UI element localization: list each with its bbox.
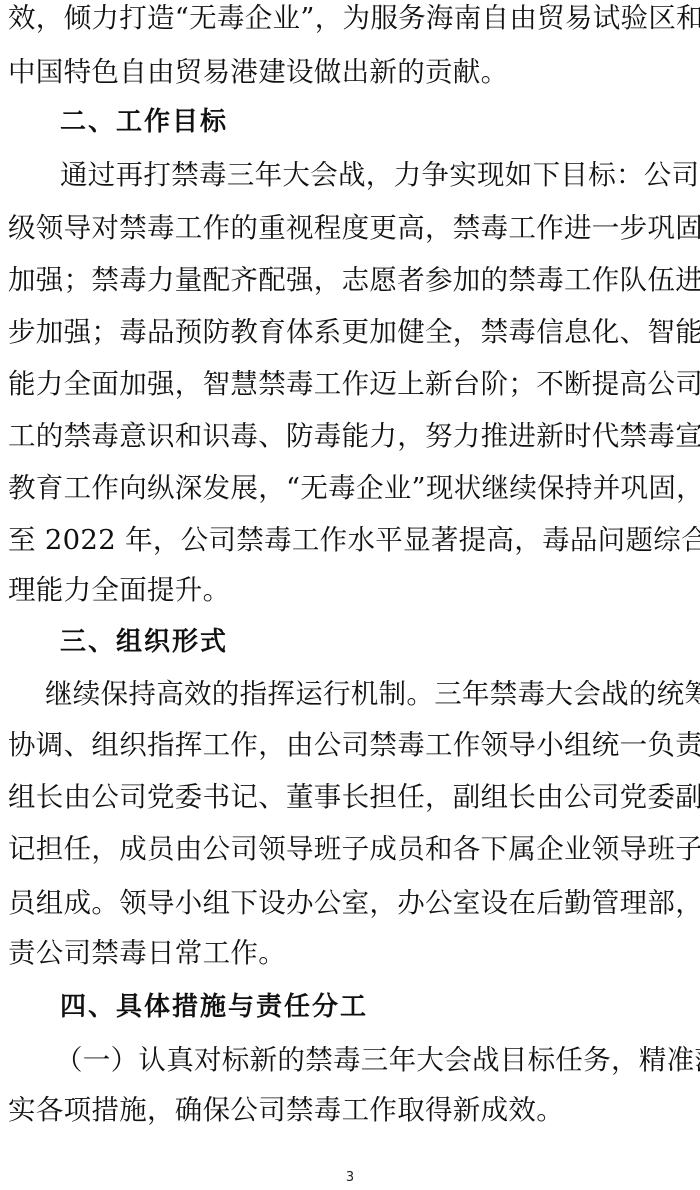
paragraph-line: 组长由公司党委书记、董事长担任，副组长由公司党委副书 [8, 777, 698, 817]
paragraph-line: 工的禁毒意识和识毒、防毒能力，努力推进新时代禁毒宣传 [8, 416, 698, 456]
paragraph-line: 教育工作向纵深发展，“无毒企业”现状继续保持并巩固， [8, 468, 698, 508]
paragraph-line: 级领导对禁毒工作的重视程度更高，禁毒工作进一步巩固和 [8, 208, 698, 248]
paragraph-line: 理能力全面提升。 [8, 570, 698, 610]
paragraph-line: 至 2022 年，公司禁毒工作水平显著提高，毒品问题综合治 [8, 520, 698, 560]
section-heading-measures: 四、具体措施与责任分工 [60, 987, 700, 1027]
section-heading-organization: 三、组织形式 [60, 622, 700, 662]
paragraph-line: 加强；禁毒力量配齐配强，志愿者参加的禁毒工作队伍进一 [8, 260, 698, 300]
paragraph-line: 效，倾力打造“无毒企业”，为服务海南自由贸易试验区和 [8, 0, 698, 38]
paragraph-line: 步加强；毒品预防教育体系更加健全，禁毒信息化、智能化 [8, 312, 698, 352]
paragraph-line: 继续保持高效的指挥运行机制。三年禁毒大会战的统筹 [45, 674, 698, 714]
page-number: 3 [340, 1170, 360, 1186]
paragraph-line: 员组成。领导小组下设办公室，办公室设在后勤管理部，负 [8, 883, 698, 923]
document-page: 效，倾力打造“无毒企业”，为服务海南自由贸易试验区和 中国特色自由贸易港建设做出… [0, 0, 700, 1190]
paragraph-line: 记担任，成员由公司领导班子成员和各下属企业领导班子成 [8, 829, 698, 869]
paragraph-line: 实各项措施，确保公司禁毒工作取得新成效。 [8, 1090, 698, 1130]
subsection-line: （一）认真对标新的禁毒三年大会战目标任务，精准落 [55, 1040, 698, 1080]
section-heading-work-goals: 二、工作目标 [60, 102, 700, 142]
paragraph-line: 责公司禁毒日常工作。 [8, 933, 698, 973]
paragraph-line: 协调、组织指挥工作，由公司禁毒工作领导小组统一负责， [8, 725, 698, 765]
paragraph-line: 中国特色自由贸易港建设做出新的贡献。 [8, 52, 698, 92]
paragraph-line: 能力全面加强，智慧禁毒工作迈上新台阶；不断提高公司员 [8, 364, 698, 404]
paragraph-line: 通过再打禁毒三年大会战，力争实现如下目标：公司各 [60, 155, 698, 195]
